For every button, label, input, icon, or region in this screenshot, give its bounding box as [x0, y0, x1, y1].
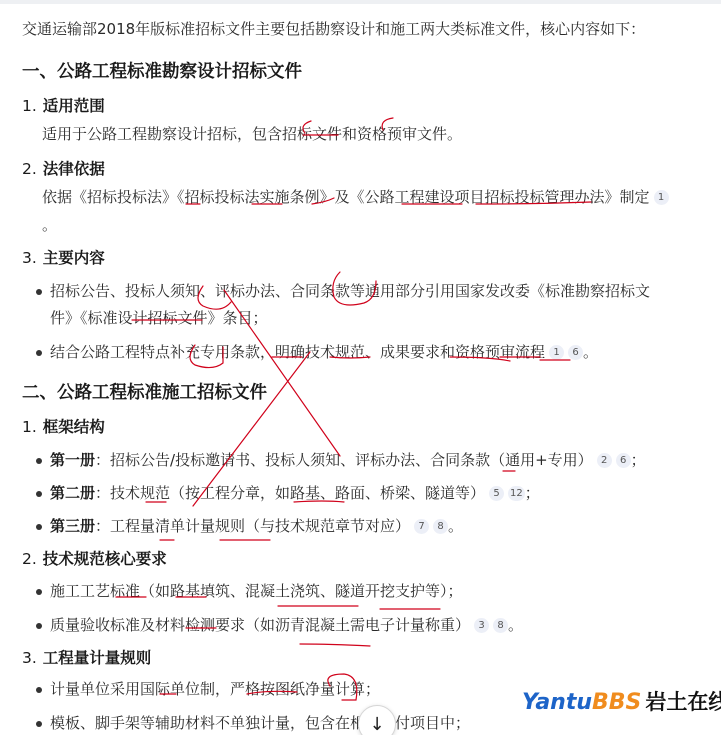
citation-badge[interactable]: 6: [568, 345, 583, 360]
citation-badge[interactable]: 12: [508, 486, 525, 501]
list-item: 第三册：工程量清单计量规则（与技术规范章节对应）78。: [50, 515, 463, 536]
yantubbs-watermark: YantuBBS岩土在线: [522, 686, 721, 716]
subsection-title: 3.主要内容: [22, 246, 105, 268]
section-title: 二、公路工程标准施工招标文件: [22, 379, 267, 404]
list-item-continued: 件》《标准设计招标文件》条目；: [50, 307, 268, 328]
list-item: 招标公告、投标人须知、评标办法、合同条款等通用部分引用国家发改委《标准勘察招标文: [50, 280, 650, 301]
list-item: 计量单位采用国际单位制，严格按图纸净量计算；: [50, 678, 380, 699]
citation-badge[interactable]: 5: [489, 486, 504, 501]
list-item: 结合公路工程特点补充专用条款，明确技术规范、成果要求和资格预审流程16。: [50, 341, 598, 362]
arrow-down-icon: ↓: [369, 714, 384, 735]
subsection-title: 1.适用范围: [22, 94, 105, 116]
top-strip: [0, 0, 721, 4]
list-item: 第一册：招标公告/投标邀请书、投标人须知、评标办法、合同条款（通用+专用）26；: [50, 449, 646, 470]
subsection-title: 1.框架结构: [22, 415, 105, 437]
subsection-title: 2.技术规范核心要求: [22, 547, 167, 569]
citation-badge[interactable]: 2: [597, 453, 612, 468]
citation-badge[interactable]: 8: [493, 618, 508, 633]
scroll-down-button[interactable]: ↓: [358, 705, 396, 735]
intro-text: 交通运输部2018年版标准招标文件主要包括勘察设计和施工两大类标准文件，核心内容…: [22, 18, 645, 39]
paragraph: 依据《招标投标法》《招标投标法实施条例》及《公路工程建设项目招标投标管理办法》制…: [42, 186, 669, 207]
citation-badge[interactable]: 1: [654, 190, 669, 205]
paragraph-trail: 。: [42, 214, 57, 235]
subsection-title: 2.法律依据: [22, 157, 105, 179]
list-item: 质量验收标准及材料检测要求（如沥青混凝土需电子计量称重）38。: [50, 614, 523, 635]
citation-badge[interactable]: 1: [549, 345, 564, 360]
citation-badge[interactable]: 7: [414, 519, 429, 534]
list-item: 模板、脚手架等辅助材料不单独计量，包含在相关支付项目中；: [50, 712, 470, 733]
list-item: 施工工艺标准（如路基填筑、混凝土浇筑、隧道开挖支护等）；: [50, 580, 463, 601]
citation-badge[interactable]: 8: [433, 519, 448, 534]
paragraph: 适用于公路工程勘察设计招标，包含招标文件和资格预审文件。: [42, 123, 462, 144]
list-item: 第二册：技术规范（按工程分章，如路基、路面、桥梁、隧道等）512；: [50, 482, 540, 503]
citation-badge[interactable]: 6: [616, 453, 631, 468]
citation-badge[interactable]: 3: [474, 618, 489, 633]
section-title: 一、公路工程标准勘察设计招标文件: [22, 58, 302, 83]
subsection-title: 3.工程量计量规则: [22, 646, 151, 668]
